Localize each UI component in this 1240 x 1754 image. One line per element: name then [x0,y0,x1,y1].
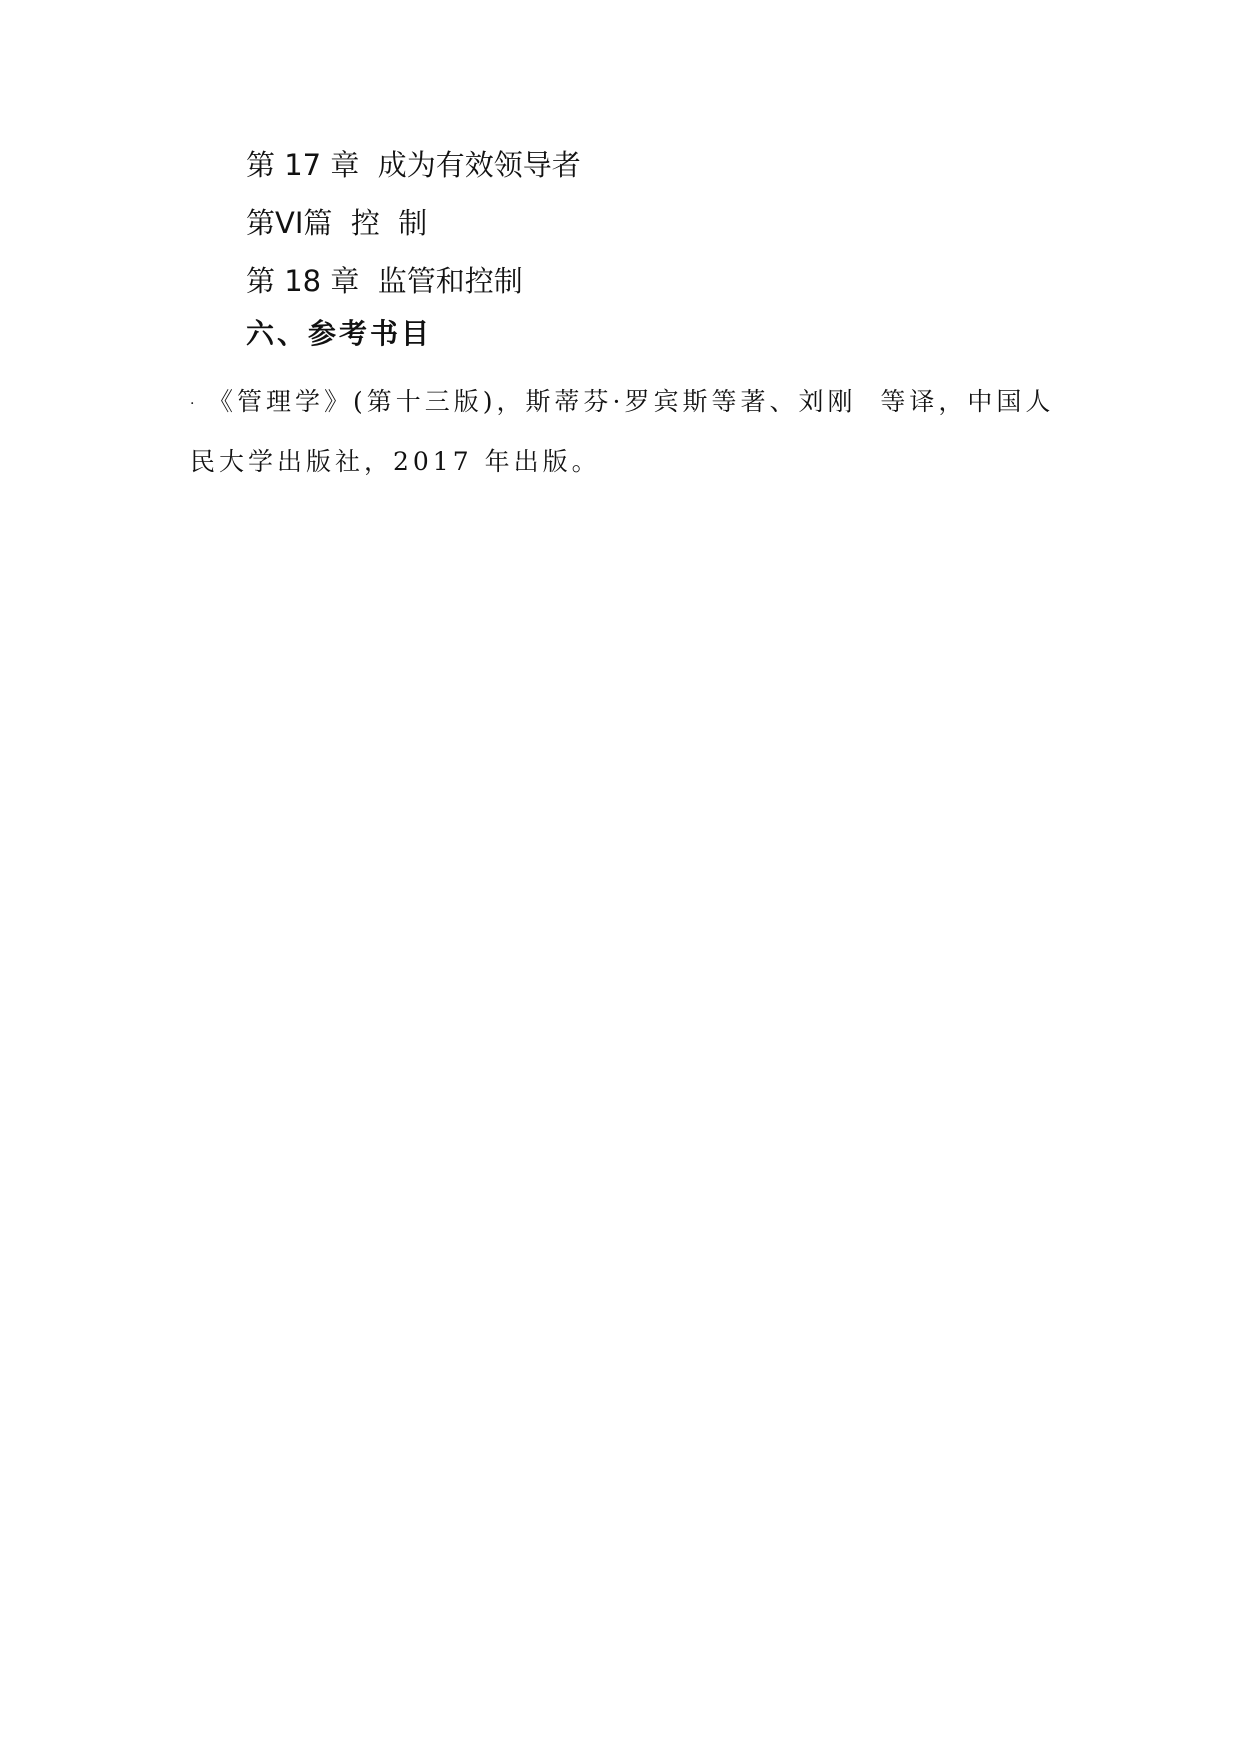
bullet-icon: · [190,375,208,433]
outline-part-6: 第VI篇 控 制 [246,205,427,241]
outline-chapter-18: 第 18 章 监管和控制 [246,263,523,299]
reference-text-1: 《管理学》(第十三版)，斯蒂芬·罗宾斯等著、刘刚 等译，中国人 [208,387,1054,416]
reference-entry: ·《管理学》(第十三版)，斯蒂芬·罗宾斯等著、刘刚 等译，中国人 民大学出版社，… [190,373,1060,491]
document-page: 第 17 章 成为有效领导者 第VI篇 控 制 第 18 章 监管和控制 六、参… [0,0,1240,1754]
reference-line-1: ·《管理学》(第十三版)，斯蒂芬·罗宾斯等著、刘刚 等译，中国人 [190,373,1060,433]
reference-line-2: 民大学出版社，2017 年出版。 [190,433,1060,491]
outline-chapter-17: 第 17 章 成为有效领导者 [246,147,581,183]
section-heading-references: 六、参考书目 [246,316,432,352]
